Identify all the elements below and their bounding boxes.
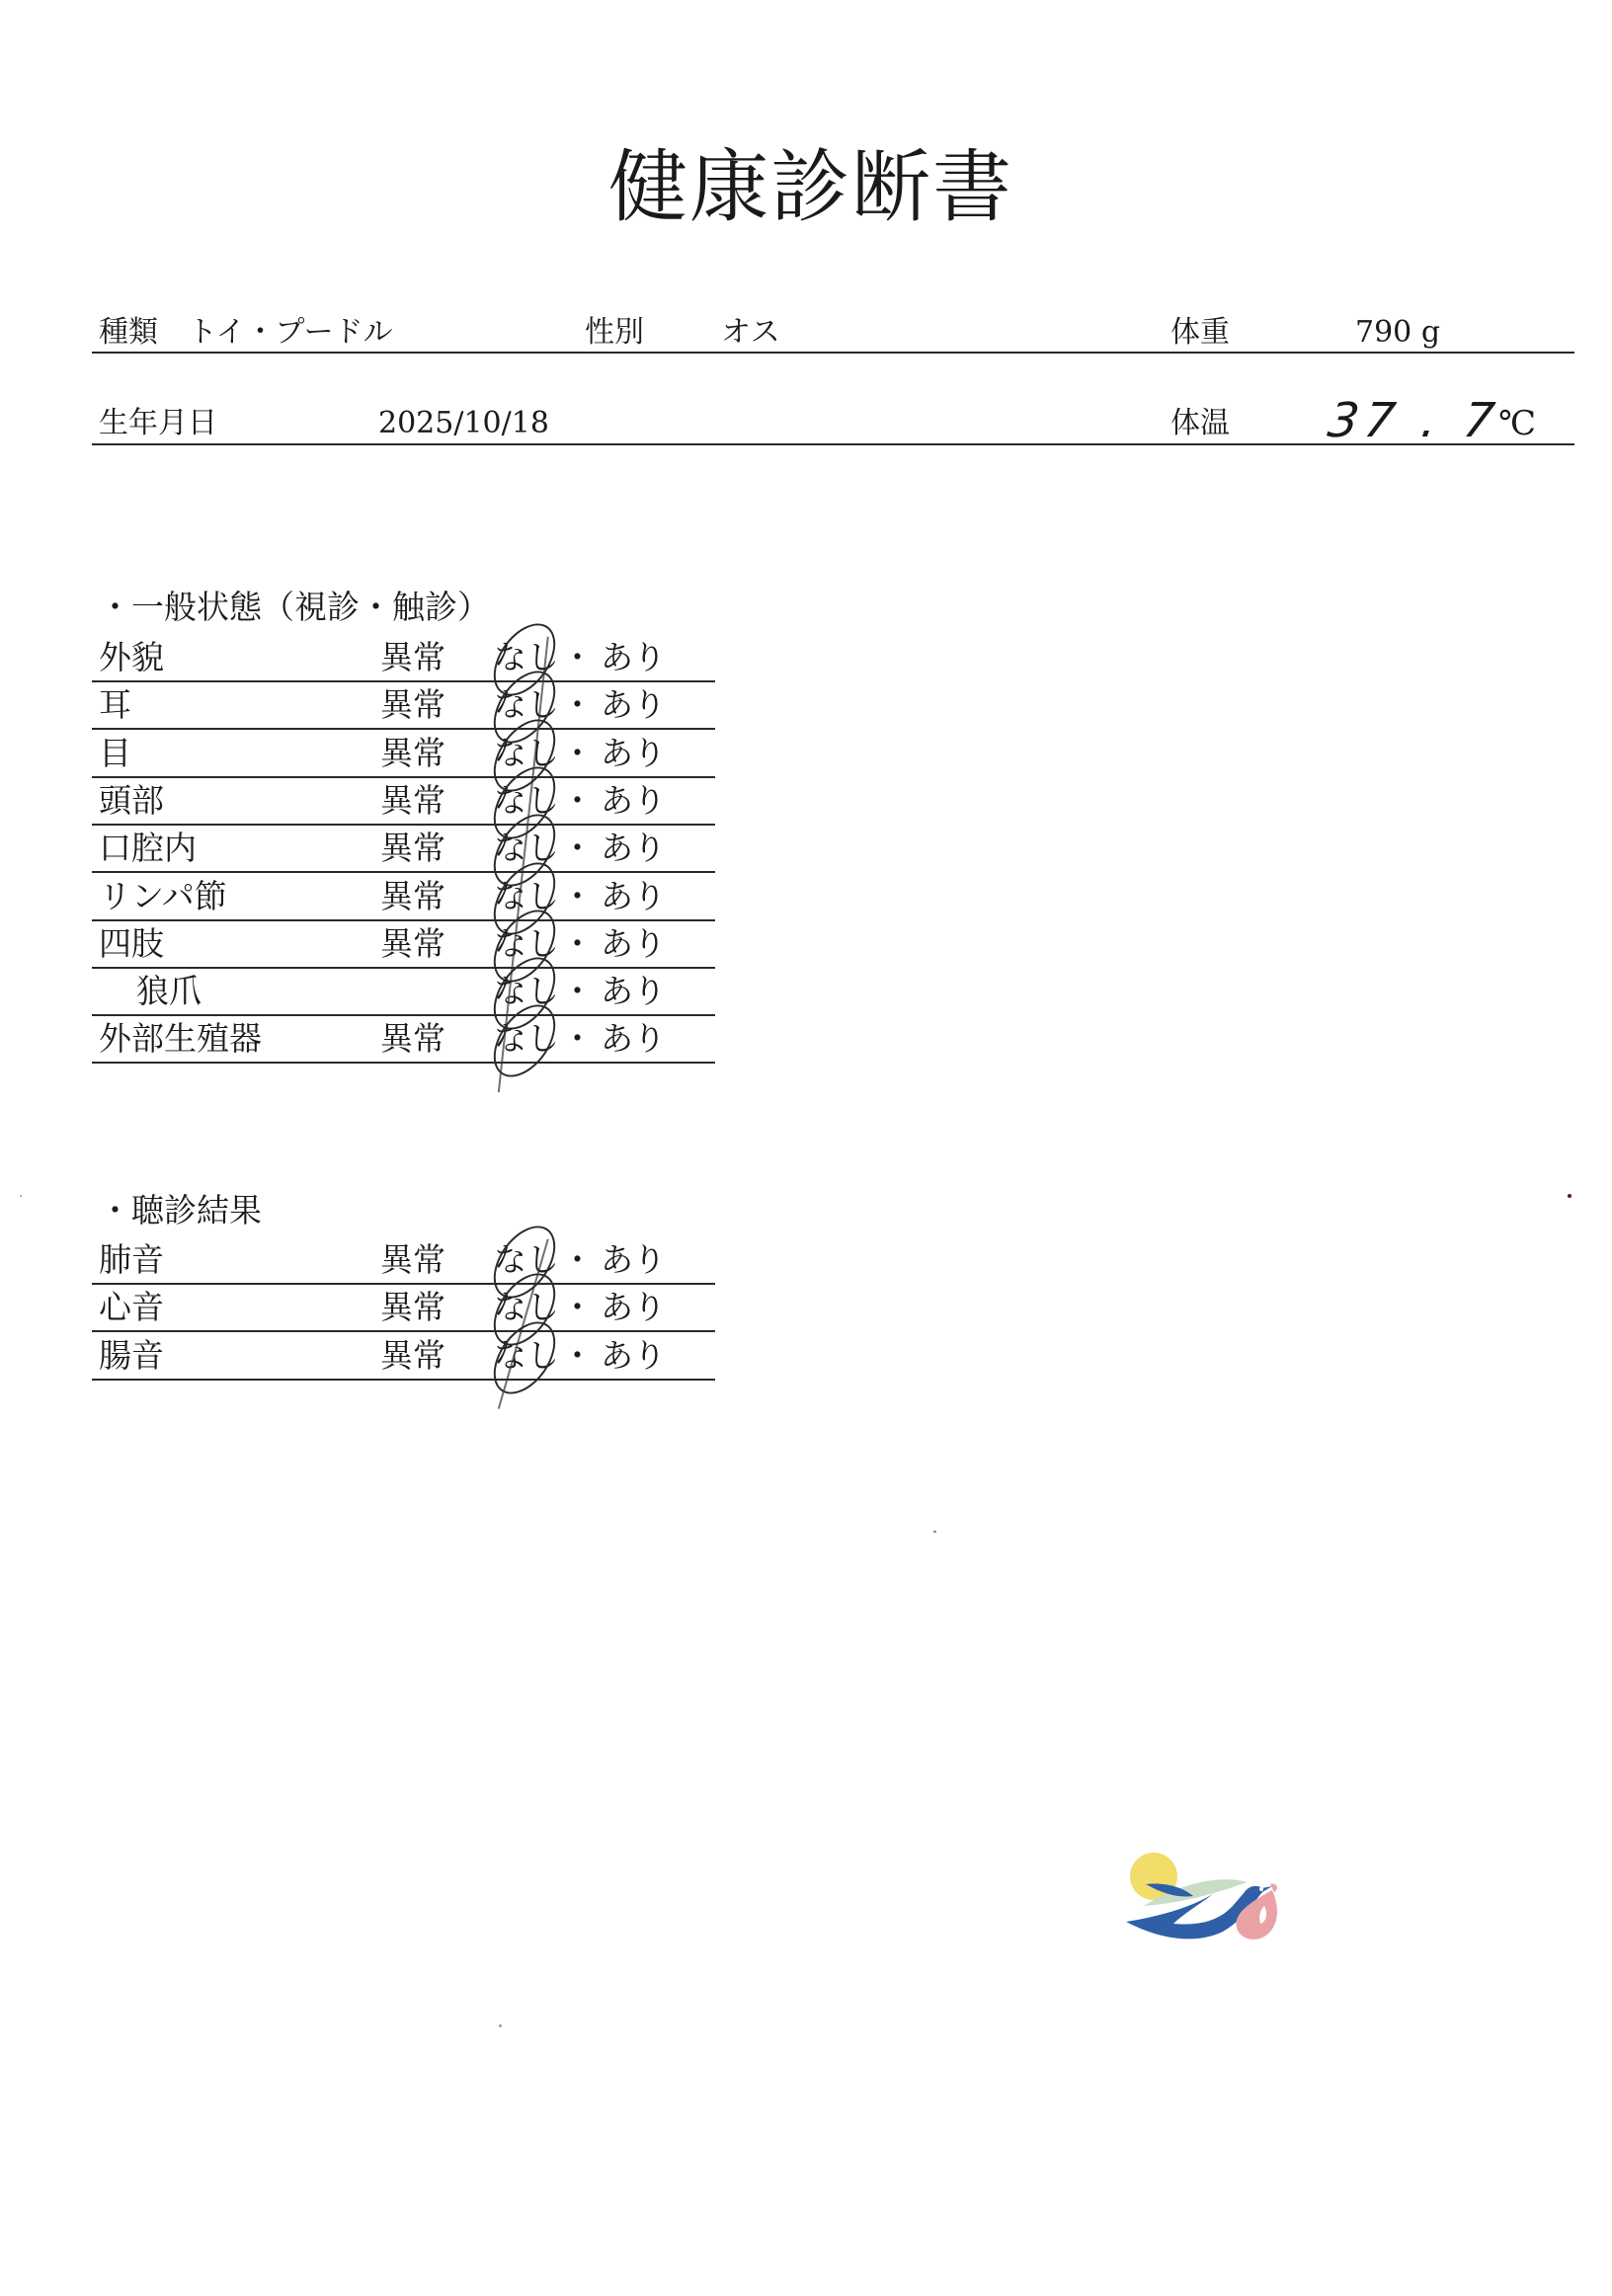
sex-label: 性別 bbox=[585, 318, 644, 348]
scan-speck bbox=[1568, 1194, 1572, 1198]
breed-value: トイ・プードル bbox=[188, 318, 393, 348]
row-rule bbox=[92, 776, 715, 778]
header-rule-2 bbox=[92, 443, 1574, 445]
row-item-label: 外貌 bbox=[99, 641, 164, 673]
row-abnormal-label: 異常 bbox=[380, 688, 445, 721]
scan-speck bbox=[933, 1531, 936, 1533]
auscultation-title: ・聴診結果 bbox=[99, 1194, 262, 1227]
row-item-label: 耳 bbox=[99, 688, 131, 721]
breed-label: 種類 bbox=[99, 318, 158, 348]
row-abnormal-label: 異常 bbox=[380, 880, 445, 912]
row-item-label: 肺音 bbox=[99, 1243, 164, 1276]
clinic-logo bbox=[1124, 1845, 1282, 1953]
option-present[interactable]: あり bbox=[601, 927, 666, 960]
row-abnormal-label: 異常 bbox=[380, 1022, 445, 1055]
option-separator: ・ bbox=[561, 831, 594, 864]
row-rule bbox=[92, 824, 715, 826]
sex-value: オス bbox=[721, 318, 780, 348]
row-rule bbox=[92, 1330, 715, 1332]
row-item-label: 心音 bbox=[99, 1291, 164, 1323]
option-separator: ・ bbox=[561, 927, 594, 960]
scan-speck bbox=[20, 1195, 22, 1197]
option-present[interactable]: あり bbox=[601, 880, 666, 912]
row-item-label: 口腔内 bbox=[99, 831, 197, 864]
temperature-label: 体温 bbox=[1170, 409, 1230, 438]
option-separator: ・ bbox=[561, 641, 594, 673]
option-separator: ・ bbox=[561, 1291, 594, 1323]
row-item-label: 狼爪 bbox=[136, 975, 201, 1007]
document-title: 健康診断書 bbox=[0, 148, 1612, 227]
option-present[interactable]: あり bbox=[601, 1339, 666, 1372]
option-present[interactable]: あり bbox=[601, 688, 666, 721]
option-separator: ・ bbox=[561, 688, 594, 721]
row-abnormal-label: 異常 bbox=[380, 1243, 445, 1276]
header-rule-1 bbox=[92, 352, 1574, 354]
row-rule bbox=[92, 967, 715, 969]
option-present[interactable]: あり bbox=[601, 831, 666, 864]
general-condition-title: ・一般状態（視診・触診） bbox=[99, 591, 490, 623]
row-item-label: 頭部 bbox=[99, 784, 164, 817]
weight-value: 790 g bbox=[1355, 318, 1440, 348]
row-rule bbox=[92, 1283, 715, 1285]
row-rule bbox=[92, 1014, 715, 1016]
option-separator: ・ bbox=[561, 737, 594, 769]
row-item-label: 外部生殖器 bbox=[99, 1022, 262, 1055]
row-item-label: 腸音 bbox=[99, 1339, 164, 1372]
option-separator: ・ bbox=[561, 1339, 594, 1372]
option-present[interactable]: あり bbox=[601, 1291, 666, 1323]
row-abnormal-label: 異常 bbox=[380, 737, 445, 769]
option-separator: ・ bbox=[561, 880, 594, 912]
row-rule bbox=[92, 680, 715, 682]
row-rule bbox=[92, 728, 715, 730]
weight-label: 体重 bbox=[1170, 318, 1230, 348]
row-abnormal-label: 異常 bbox=[380, 927, 445, 960]
row-rule bbox=[92, 1379, 715, 1381]
row-item-label: 目 bbox=[99, 737, 131, 769]
stork-logo-icon bbox=[1124, 1845, 1282, 1953]
weight-unit: g bbox=[1421, 315, 1440, 350]
row-abnormal-label: 異常 bbox=[380, 831, 445, 864]
option-present[interactable]: あり bbox=[601, 1022, 666, 1055]
row-rule bbox=[92, 919, 715, 921]
option-separator: ・ bbox=[561, 975, 594, 1007]
row-rule bbox=[92, 1062, 715, 1064]
row-item-label: 四肢 bbox=[99, 927, 164, 960]
row-abnormal-label: 異常 bbox=[380, 641, 445, 673]
temperature-value-handwritten: 37 . 7 bbox=[1326, 397, 1503, 444]
option-present[interactable]: あり bbox=[601, 975, 666, 1007]
option-present[interactable]: あり bbox=[601, 641, 666, 673]
row-rule bbox=[92, 871, 715, 873]
row-abnormal-label: 異常 bbox=[380, 784, 445, 817]
option-present[interactable]: あり bbox=[601, 784, 666, 817]
row-abnormal-label: 異常 bbox=[380, 1339, 445, 1372]
option-separator: ・ bbox=[561, 1243, 594, 1276]
row-abnormal-label: 異常 bbox=[380, 1291, 445, 1323]
row-item-label: リンパ節 bbox=[99, 880, 227, 912]
birthdate-value: 2025/10/18 bbox=[378, 409, 549, 438]
option-separator: ・ bbox=[561, 1022, 594, 1055]
scan-speck bbox=[499, 2024, 502, 2027]
option-separator: ・ bbox=[561, 784, 594, 817]
temperature-unit: ℃ bbox=[1498, 407, 1536, 440]
option-present[interactable]: あり bbox=[601, 1243, 666, 1276]
option-present[interactable]: あり bbox=[601, 737, 666, 769]
birthdate-label: 生年月日 bbox=[99, 409, 217, 438]
